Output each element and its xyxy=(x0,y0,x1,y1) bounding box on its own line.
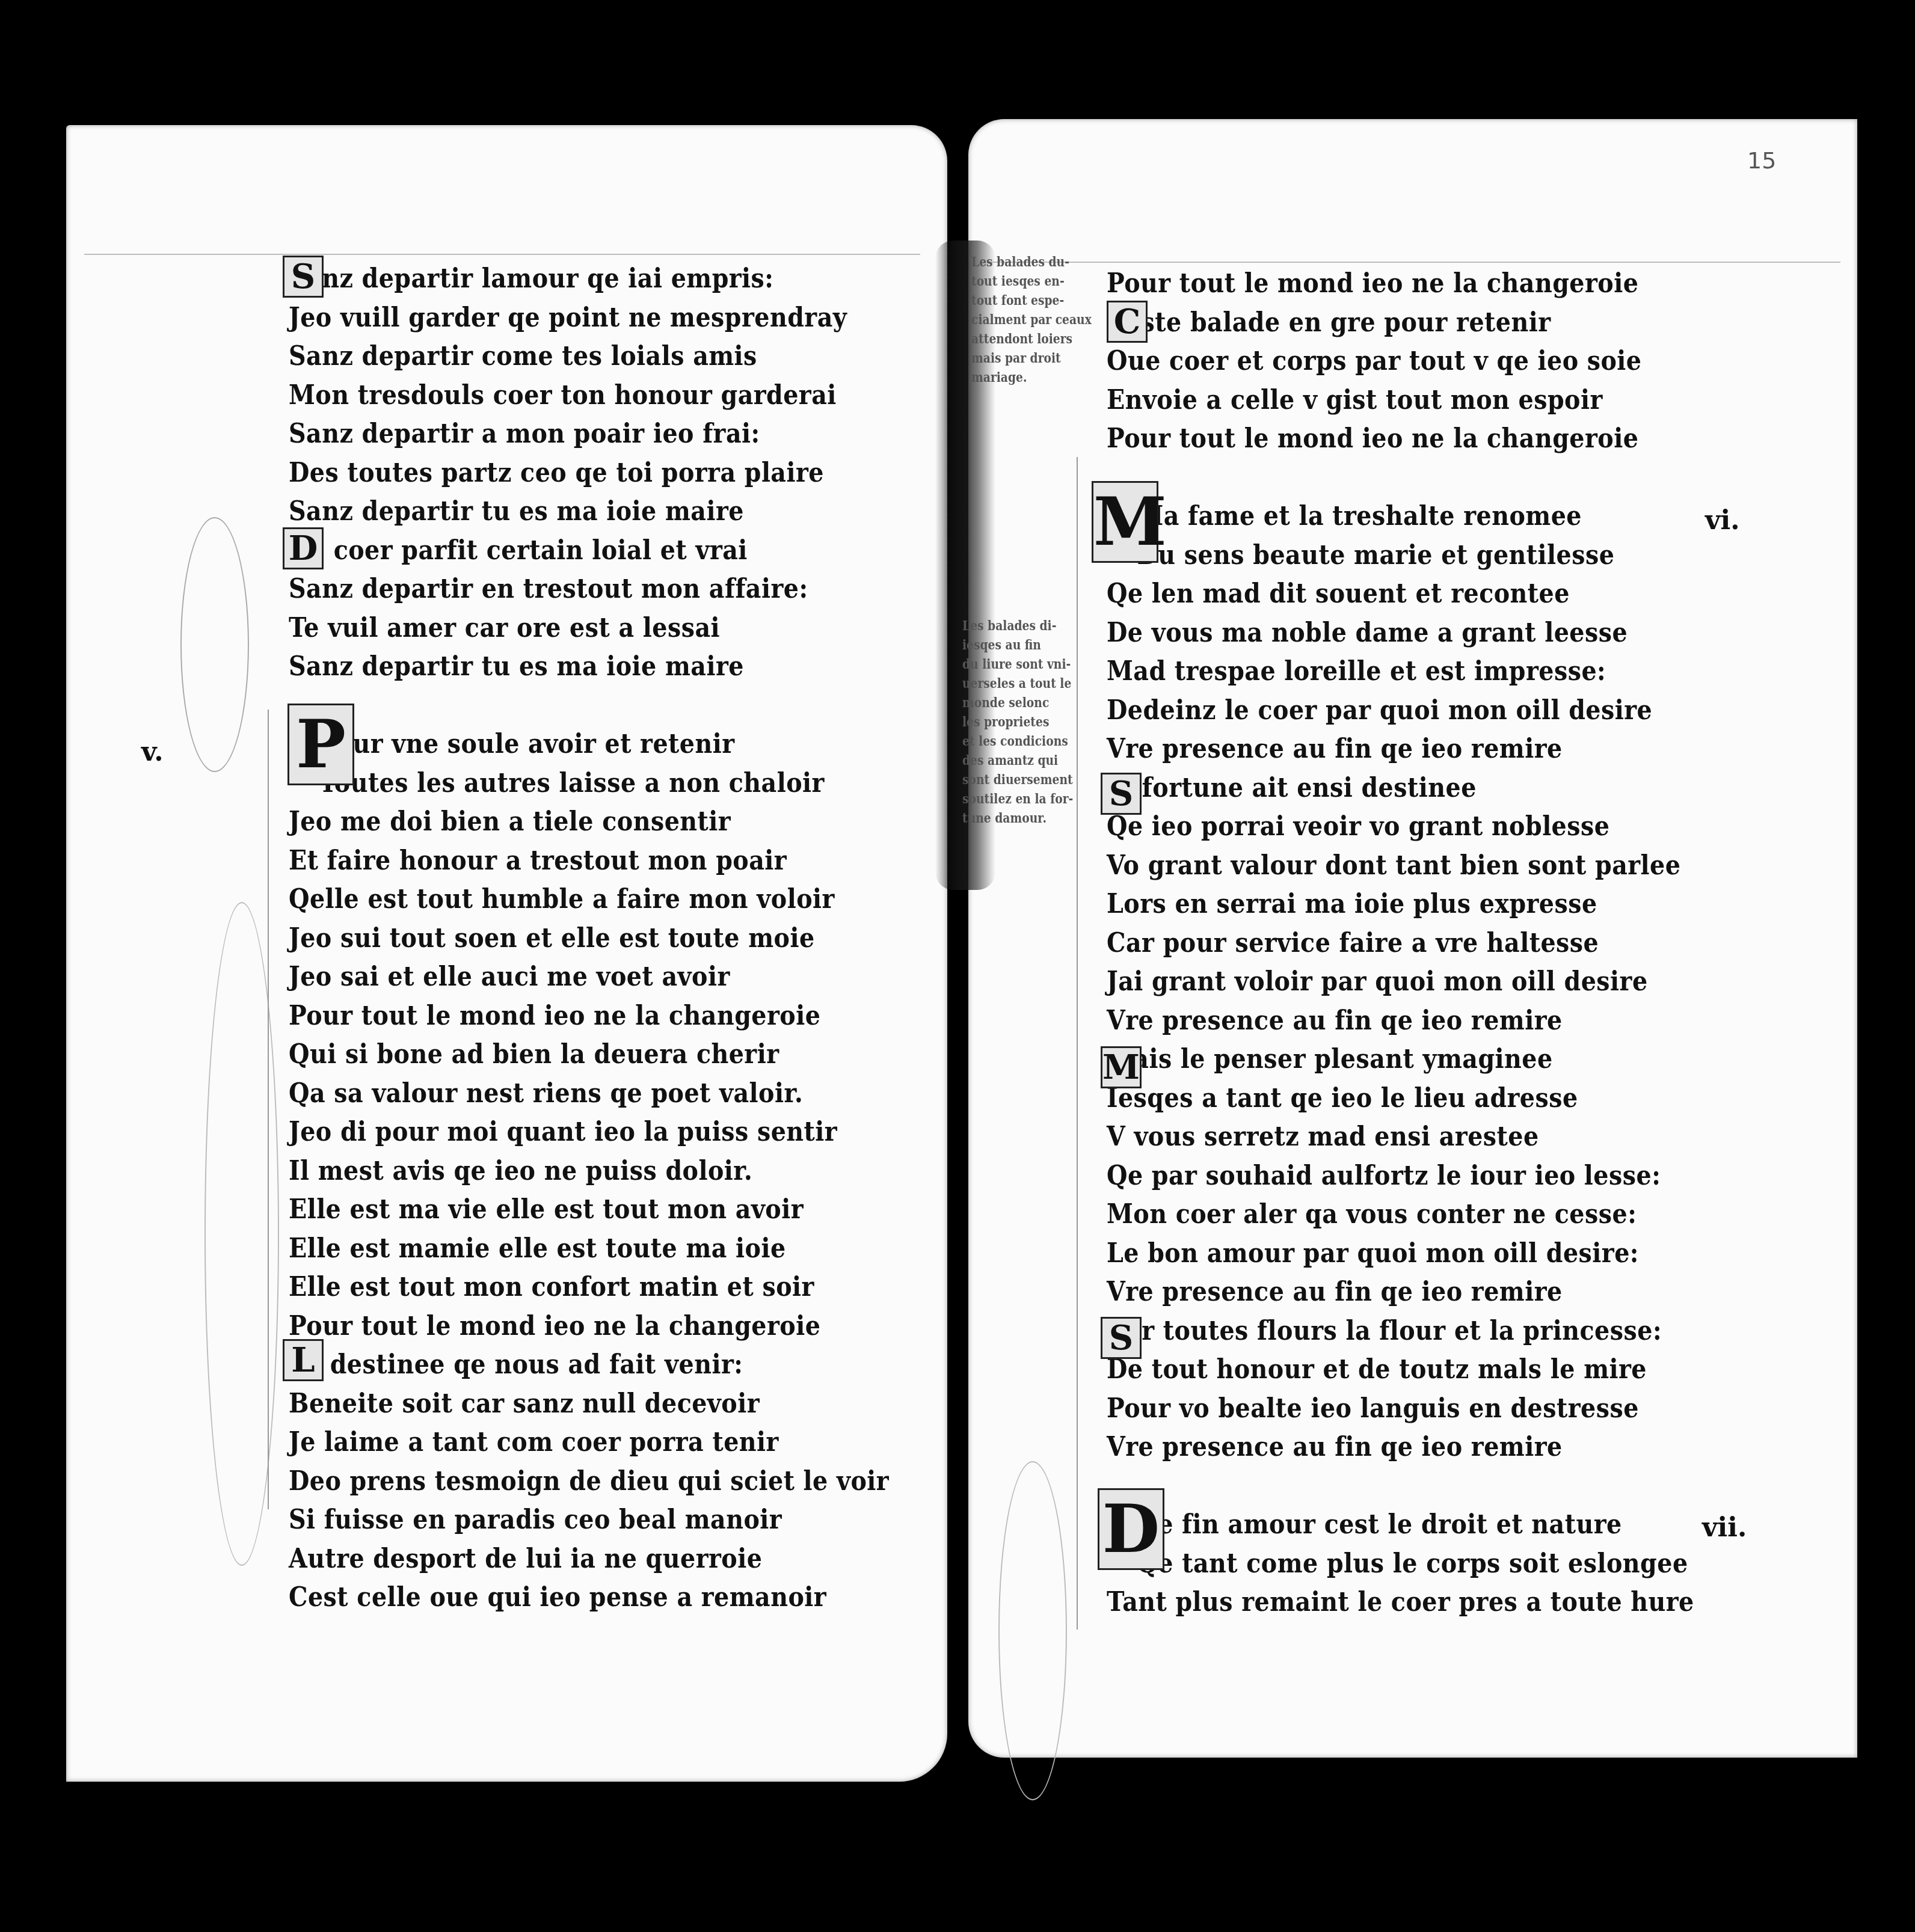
verse-line: Mad trespae loreille et est impresse: xyxy=(1107,652,1694,692)
verse-line: Pour vo bealte ieo languis en destresse xyxy=(1107,1390,1694,1429)
verse-line: Vo grant valour dont tant bien sont parl… xyxy=(1107,847,1694,886)
verse-line: Il mest avis qe ieo ne puiss doloir. xyxy=(289,1152,889,1191)
verse-line: Jeo sui tout soen et elle est toute moie xyxy=(289,919,889,958)
verse-line: Te vuil amer car ore est a lessai xyxy=(289,609,889,648)
top-ruling-right xyxy=(986,262,1840,263)
verse-line: Le bon amour par quoi mon oill desire: xyxy=(1107,1234,1694,1274)
verse-line: Autre desport de lui ia ne querroie xyxy=(289,1540,889,1579)
top-ruling-left xyxy=(84,254,920,255)
verse-line: Pour vne soule avoir et retenir xyxy=(289,725,889,764)
blank-line xyxy=(289,687,889,726)
verse-line: De tout honour et de toutz mals le mire xyxy=(1107,1351,1694,1390)
verse-line: De coer parfit certain loial et vrai xyxy=(289,532,889,571)
verse-line: Mon tresdouls coer ton honour garderai xyxy=(289,376,889,416)
rubric-upper: Les balades du- tout iesqes en- tout fon… xyxy=(971,253,1092,387)
verse-line: Mon coer aler qa vous conter ne cesse: xyxy=(1107,1195,1694,1234)
verse-line: Deo prens tesmoign de dieu qui sciet le … xyxy=(289,1462,889,1501)
pen-flourish-left-upper xyxy=(180,517,249,772)
decorated-initial-m2: M xyxy=(1101,1046,1142,1088)
decorated-initial-d: D xyxy=(283,527,324,569)
verse-line: Mais le penser plesant ymaginee xyxy=(1107,1040,1694,1079)
verse-line: Vre presence au fin qe ieo remire xyxy=(1107,730,1694,769)
verse-line: Qelle est tout humble a faire mon voloir xyxy=(289,880,889,919)
verse-line: La destinee qe nous ad fait venir: xyxy=(289,1346,889,1385)
decorated-initial-m: M xyxy=(1092,481,1158,563)
verse-line: Qe par souhaid aulfortz le iour ieo less… xyxy=(1107,1157,1694,1196)
verse-line: Jeo di pour moi quant ieo la puiss senti… xyxy=(289,1113,889,1152)
verse-line: Jeo sai et elle auci me voet avoir xyxy=(289,958,889,997)
decorated-initial-d2: D xyxy=(1098,1488,1164,1570)
verse-line: Lors en serrai ma ioie plus expresse xyxy=(1107,885,1694,924)
decorated-initial-s3: S xyxy=(1101,1317,1142,1359)
pen-flourish-right xyxy=(998,1461,1067,1800)
pen-bracket-left xyxy=(268,710,269,1509)
verse-line: Si fortune ait ensi destinee xyxy=(1107,769,1694,808)
verse-line: Qa sa valour nest riens qe poet valoir. xyxy=(289,1075,889,1114)
decorated-initial-c: C xyxy=(1107,301,1148,343)
verse-line: Pour tout le mond ieo ne la changeroie xyxy=(1107,420,1694,459)
verse-line: Elle est tout mon confort matin et soir xyxy=(289,1268,889,1307)
verse-line: Qe ieo porrai veoir vo grant noblesse xyxy=(1107,808,1694,847)
verse-line: De fin amour cest le droit et nature xyxy=(1107,1506,1694,1545)
folio-number: 15 xyxy=(1747,147,1776,174)
verse-line: Vre presence au fin qe ieo remire xyxy=(1107,1273,1694,1312)
verse-line: De vous ma noble dame a grant leesse xyxy=(1107,614,1694,653)
verse-line: Car pour service faire a vre haltesse xyxy=(1107,924,1694,963)
marginal-numeral-vii: vii. xyxy=(1702,1512,1747,1543)
verse-line: Qui si bone ad bien la deuera cherir xyxy=(289,1035,889,1075)
verse-line: Pour tout le mond ieo ne la changeroie xyxy=(289,997,889,1036)
verse-line: Dedeinz le coer par quoi mon oill desire xyxy=(1107,692,1694,731)
verse-line: Jeo vuill garder qe point ne mesprendray xyxy=(289,299,889,338)
verse-line: Qe len mad dit souent et recontee xyxy=(1107,575,1694,614)
verse-line: Cest celle oue qui ieo pense a remanoir xyxy=(289,1578,889,1618)
verse-line: Sur toutes flours la flour et la princes… xyxy=(1107,1312,1694,1351)
verse-line: Qe tant come plus le corps soit eslongee xyxy=(1107,1545,1694,1584)
verse-line: Ceste balade en gre pour retenir xyxy=(1107,304,1694,343)
verse-line: Sanz departir tu es ma ioie maire xyxy=(289,492,889,532)
left-page-text: Sanz departir lamour qe iai empris: Jeo … xyxy=(289,260,889,1618)
verse-line: Jai grant voloir par quoi mon oill desir… xyxy=(1107,963,1694,1002)
verse-line: Et faire honour a trestout mon poair xyxy=(289,842,889,881)
blank-line xyxy=(1107,459,1694,498)
decorated-initial-l: L xyxy=(283,1339,324,1381)
verse-line: Oue coer et corps par tout v qe ieo soie xyxy=(1107,342,1694,381)
verse-line: Sanz departir come tes loials amis xyxy=(289,337,889,376)
decorated-initial-s: S xyxy=(283,256,324,298)
decorated-initial-s2: S xyxy=(1101,773,1142,815)
verse-line: Vre presence au fin qe ieo remire xyxy=(1107,1428,1694,1467)
right-page-text: Pour tout le mond ieo ne la changeroie C… xyxy=(1107,265,1694,1622)
blank-line xyxy=(1107,1467,1694,1506)
verse-line: Sanz departir tu es ma ioie maire xyxy=(289,648,889,687)
rubric-lower: Les balades di- iesqes au fin du liure s… xyxy=(962,616,1073,828)
verse-line: Si fuisse en paradis ceo beal manoir xyxy=(289,1501,889,1540)
verse-line: V vous serretz mad ensi arestee xyxy=(1107,1118,1694,1157)
verse-line: Pour tout le mond ieo ne la changeroie xyxy=(1107,265,1694,304)
verse-line: Beneite soit car sanz null decevoir xyxy=(289,1385,889,1424)
verse-line: Elle est mamie elle est toute ma ioie xyxy=(289,1230,889,1269)
verse-line: Elle est ma vie elle est tout mon avoir xyxy=(289,1191,889,1230)
verse-line: Sanz departir lamour qe iai empris: xyxy=(289,260,889,299)
verse-line: Sanz departir en trestout mon affaire: xyxy=(289,570,889,609)
verse-line: Je laime a tant com coer porra tenir xyxy=(289,1423,889,1462)
marginal-numeral-vi: vi. xyxy=(1705,505,1740,536)
verse-line: Des toutes partz ceo qe toi porra plaire xyxy=(289,454,889,493)
verse-line: Pour tout le mond ieo ne la changeroie xyxy=(289,1307,889,1346)
verse-line: Tant plus remaint le coer pres a toute h… xyxy=(1107,1583,1694,1622)
marginal-numeral-v: v. xyxy=(141,737,163,767)
verse-line: Sanz departir a mon poair ieo frai: xyxy=(289,415,889,454)
verse-line: Toutes les autres laisse a non chaloir xyxy=(289,764,889,803)
verse-line: Envoie a celle v gist tout mon espoir xyxy=(1107,381,1694,420)
pen-bracket-right xyxy=(1077,457,1078,1630)
verse-line: Iesqes a tant qe ieo le lieu adresse xyxy=(1107,1079,1694,1118)
verse-line: Vre presence au fin qe ieo remire xyxy=(1107,1002,1694,1041)
verse-line: Jeo me doi bien a tiele consentir xyxy=(289,803,889,842)
verse-line: Du sens beaute marie et gentilesse xyxy=(1107,536,1694,575)
verse-line: Ma fame et la treshalte renomee xyxy=(1107,497,1694,536)
decorated-initial-p: P xyxy=(287,704,354,785)
